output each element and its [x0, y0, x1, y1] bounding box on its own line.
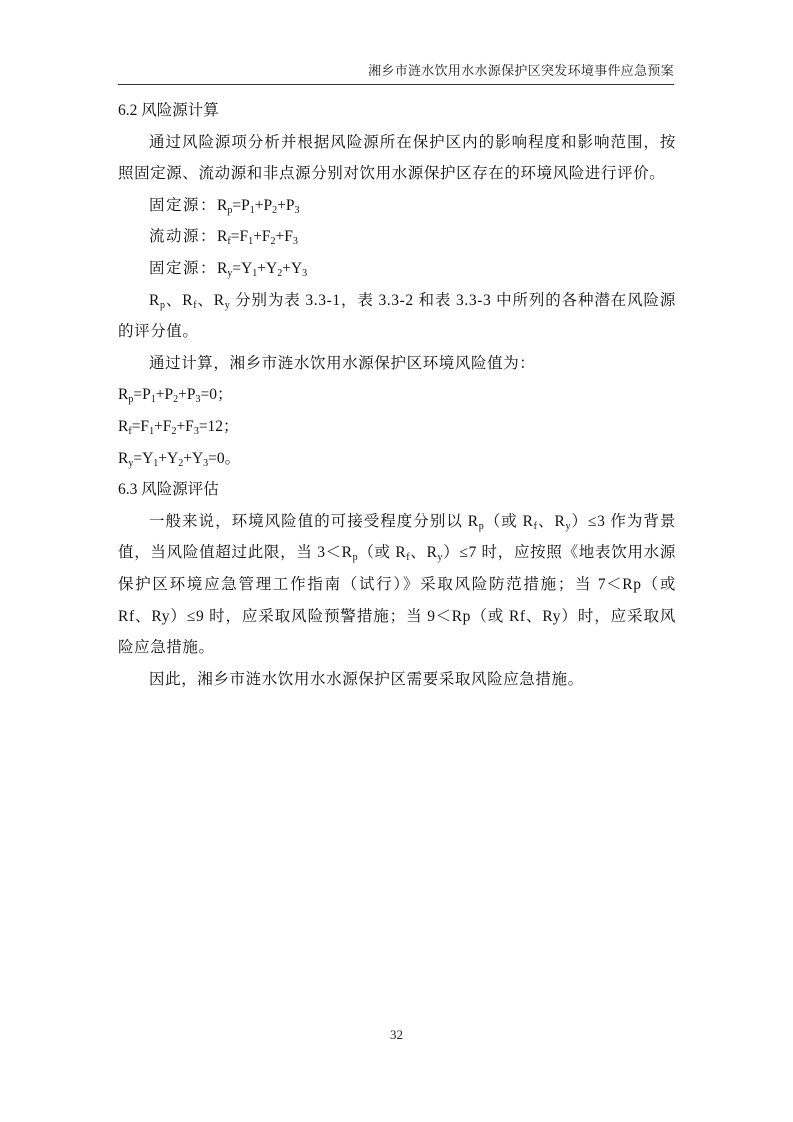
document-title: 湘乡市涟水饮用水水源保护区突发环境事件应急预案: [368, 64, 674, 79]
evaluation-paragraph: 一般来说，环境风险值的可接受程度分别以 Rp（或 Rf、Ry）≤3 作为背景值，…: [118, 506, 676, 664]
intro-paragraph: 通过风险源项分析并根据风险源所在保护区内的影响程度和影响范围，按照固定源、流动源…: [118, 127, 676, 190]
calc-intro-paragraph: 通过计算，湘乡市涟水饮用水源保护区环境风险值为：: [118, 348, 676, 380]
page-content: 6.2 风险源计算 通过风险源项分析并根据风险源所在保护区内的影响程度和影响范围…: [118, 95, 676, 695]
section-heading-6-3: 6.3 风险源评估: [118, 474, 676, 506]
result-rp: Rp=P1+P2+P3=0；: [118, 379, 676, 411]
section-heading-6-2: 6.2 风险源计算: [118, 95, 676, 127]
formula-nonpoint-source: 固定源：Ry=Y1+Y2+Y3: [118, 253, 676, 285]
result-rf: Rf=F1+F2+F3=12；: [118, 411, 676, 443]
page-header: 湘乡市涟水饮用水水源保护区突发环境事件应急预案: [118, 62, 674, 85]
page-number: 32: [0, 1027, 793, 1043]
conclusion-paragraph: 因此，湘乡市涟水饮用水水源保护区需要采取风险应急措施。: [118, 664, 676, 696]
result-ry: Ry=Y1+Y2+Y3=0。: [118, 443, 676, 475]
formula-fixed-source: 固定源：Rp=P1+P2+P3: [118, 190, 676, 222]
explain-paragraph: Rp、Rf、Ry 分别为表 3.3-1，表 3.3-2 和表 3.3-3 中所列…: [118, 285, 676, 348]
formula-mobile-source: 流动源：Rf=F1+F2+F3: [118, 221, 676, 253]
